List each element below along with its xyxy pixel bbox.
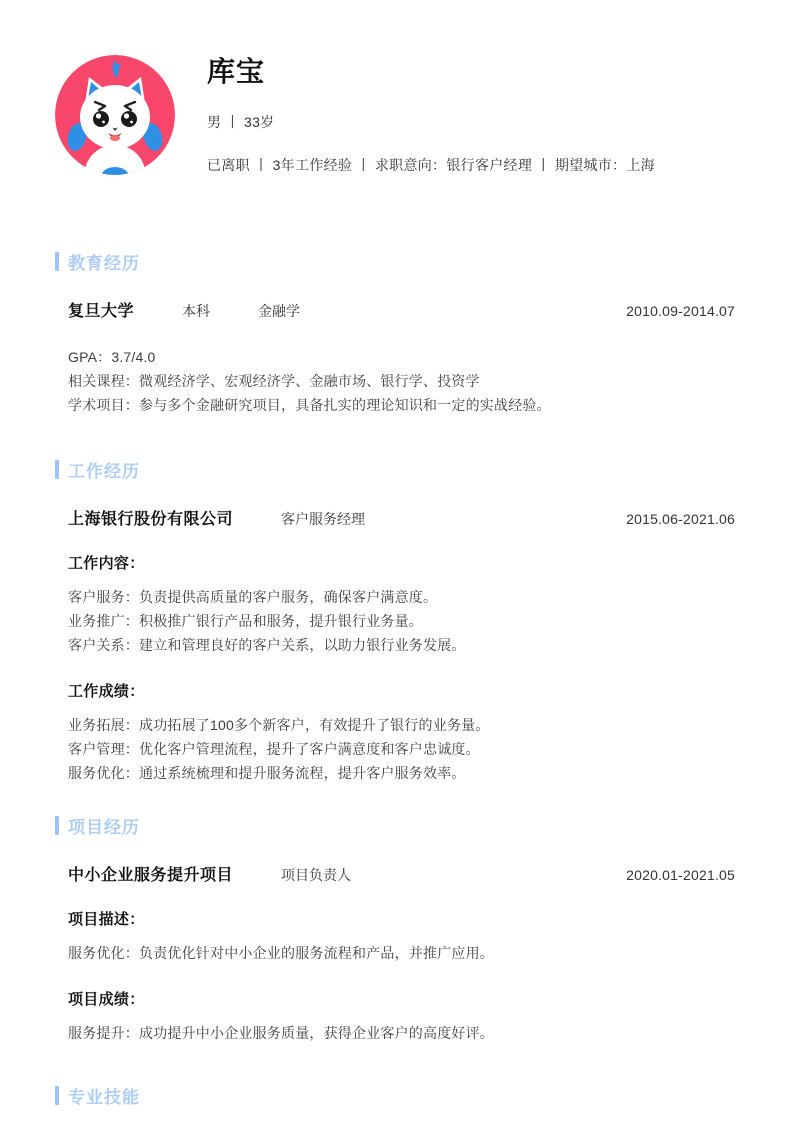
- work-section-title: 工作经历: [55, 457, 735, 482]
- section-skills: 专业技能: [55, 1083, 735, 1108]
- avatar: [55, 55, 175, 175]
- section-accent-bar: [55, 816, 59, 835]
- project-title-text: 项目经历: [68, 813, 140, 838]
- resume-header: 库宝 男 丨 33岁 已离职 丨 3年工作经验 丨 求职意向：银行客户经理 丨 …: [55, 55, 735, 175]
- work-content-line: 客户服务：负责提供高质量的客户服务，确保客户满意度。: [68, 585, 735, 609]
- section-project: 项目经历 中小企业服务提升项目 项目负责人 2020.01-2021.05 项目…: [55, 813, 735, 1045]
- section-accent-bar: [55, 252, 59, 271]
- degree: 本科: [182, 301, 210, 321]
- project-item-row: 中小企业服务提升项目 项目负责人 2020.01-2021.05: [68, 862, 735, 885]
- project-desc-line: 服务优化：负责优化针对中小企业的服务流程和产品，并推广应用。: [68, 941, 735, 965]
- project-section-title: 项目经历: [55, 813, 735, 838]
- section-education: 教育经历 复旦大学 本科 金融学 2010.09-2014.07 GPA：3.7…: [55, 249, 735, 417]
- school-name: 复旦大学: [68, 298, 134, 321]
- work-content-line: 业务推广：积极推广银行产品和服务，提升银行业务量。: [68, 609, 735, 633]
- work-item-row: 上海银行股份有限公司 客户服务经理 2015.06-2021.06: [68, 506, 735, 529]
- project-date: 2020.01-2021.05: [626, 867, 735, 883]
- skills-section-title: 专业技能: [55, 1083, 735, 1108]
- education-date: 2010.09-2014.07: [626, 303, 735, 319]
- project-result-line: 服务提升：成功提升中小企业服务质量，获得企业客户的高度好评。: [68, 1021, 735, 1045]
- education-academic-line: 学术项目：参与多个金融研究项目，具备扎实的理论知识和一定的实战经验。: [68, 393, 735, 417]
- education-section-title: 教育经历: [55, 249, 735, 274]
- project-result-label: 项目成绩：: [68, 988, 735, 1009]
- candidate-name: 库宝: [207, 57, 655, 88]
- project-role: 项目负责人: [281, 865, 351, 885]
- project-desc-label: 项目描述：: [68, 908, 735, 929]
- education-gpa-line: GPA：3.7/4.0: [68, 345, 735, 369]
- section-accent-bar: [55, 1086, 59, 1105]
- cat-mascot-icon: [55, 55, 175, 175]
- work-title-text: 工作经历: [68, 457, 140, 482]
- work-achievement-line: 业务拓展：成功拓展了100多个新客户，有效提升了银行的业务量。: [68, 713, 735, 737]
- education-title-text: 教育经历: [68, 249, 140, 274]
- work-content-label: 工作内容：: [68, 552, 735, 573]
- skills-title-text: 专业技能: [68, 1083, 140, 1108]
- summary-line: 已离职 丨 3年工作经验 丨 求职意向：银行客户经理 丨 期望城市：上海: [207, 155, 655, 175]
- resume-page: 库宝 男 丨 33岁 已离职 丨 3年工作经验 丨 求职意向：银行客户经理 丨 …: [0, 0, 792, 1121]
- job-title: 客户服务经理: [281, 509, 365, 529]
- education-courses-line: 相关课程：微观经济学、宏观经济学、金融市场、银行学、投资学: [68, 369, 735, 393]
- work-date: 2015.06-2021.06: [626, 511, 735, 527]
- header-text: 库宝 男 丨 33岁 已离职 丨 3年工作经验 丨 求职意向：银行客户经理 丨 …: [207, 55, 655, 175]
- work-achievement-line: 客户管理：优化客户管理流程，提升了客户满意度和客户忠诚度。: [68, 737, 735, 761]
- major: 金融学: [258, 301, 300, 321]
- education-item-row: 复旦大学 本科 金融学 2010.09-2014.07: [68, 298, 735, 321]
- work-achievement-label: 工作成绩：: [68, 680, 735, 701]
- work-content-line: 客户关系：建立和管理良好的客户关系，以助力银行业务发展。: [68, 633, 735, 657]
- company-name: 上海银行股份有限公司: [68, 506, 233, 529]
- gender-age-line: 男 丨 33岁: [207, 112, 655, 132]
- section-accent-bar: [55, 460, 59, 479]
- section-work: 工作经历 上海银行股份有限公司 客户服务经理 2015.06-2021.06 工…: [55, 457, 735, 785]
- project-name: 中小企业服务提升项目: [68, 862, 233, 885]
- work-achievement-line: 服务优化：通过系统梳理和提升服务流程，提升客户服务效率。: [68, 761, 735, 785]
